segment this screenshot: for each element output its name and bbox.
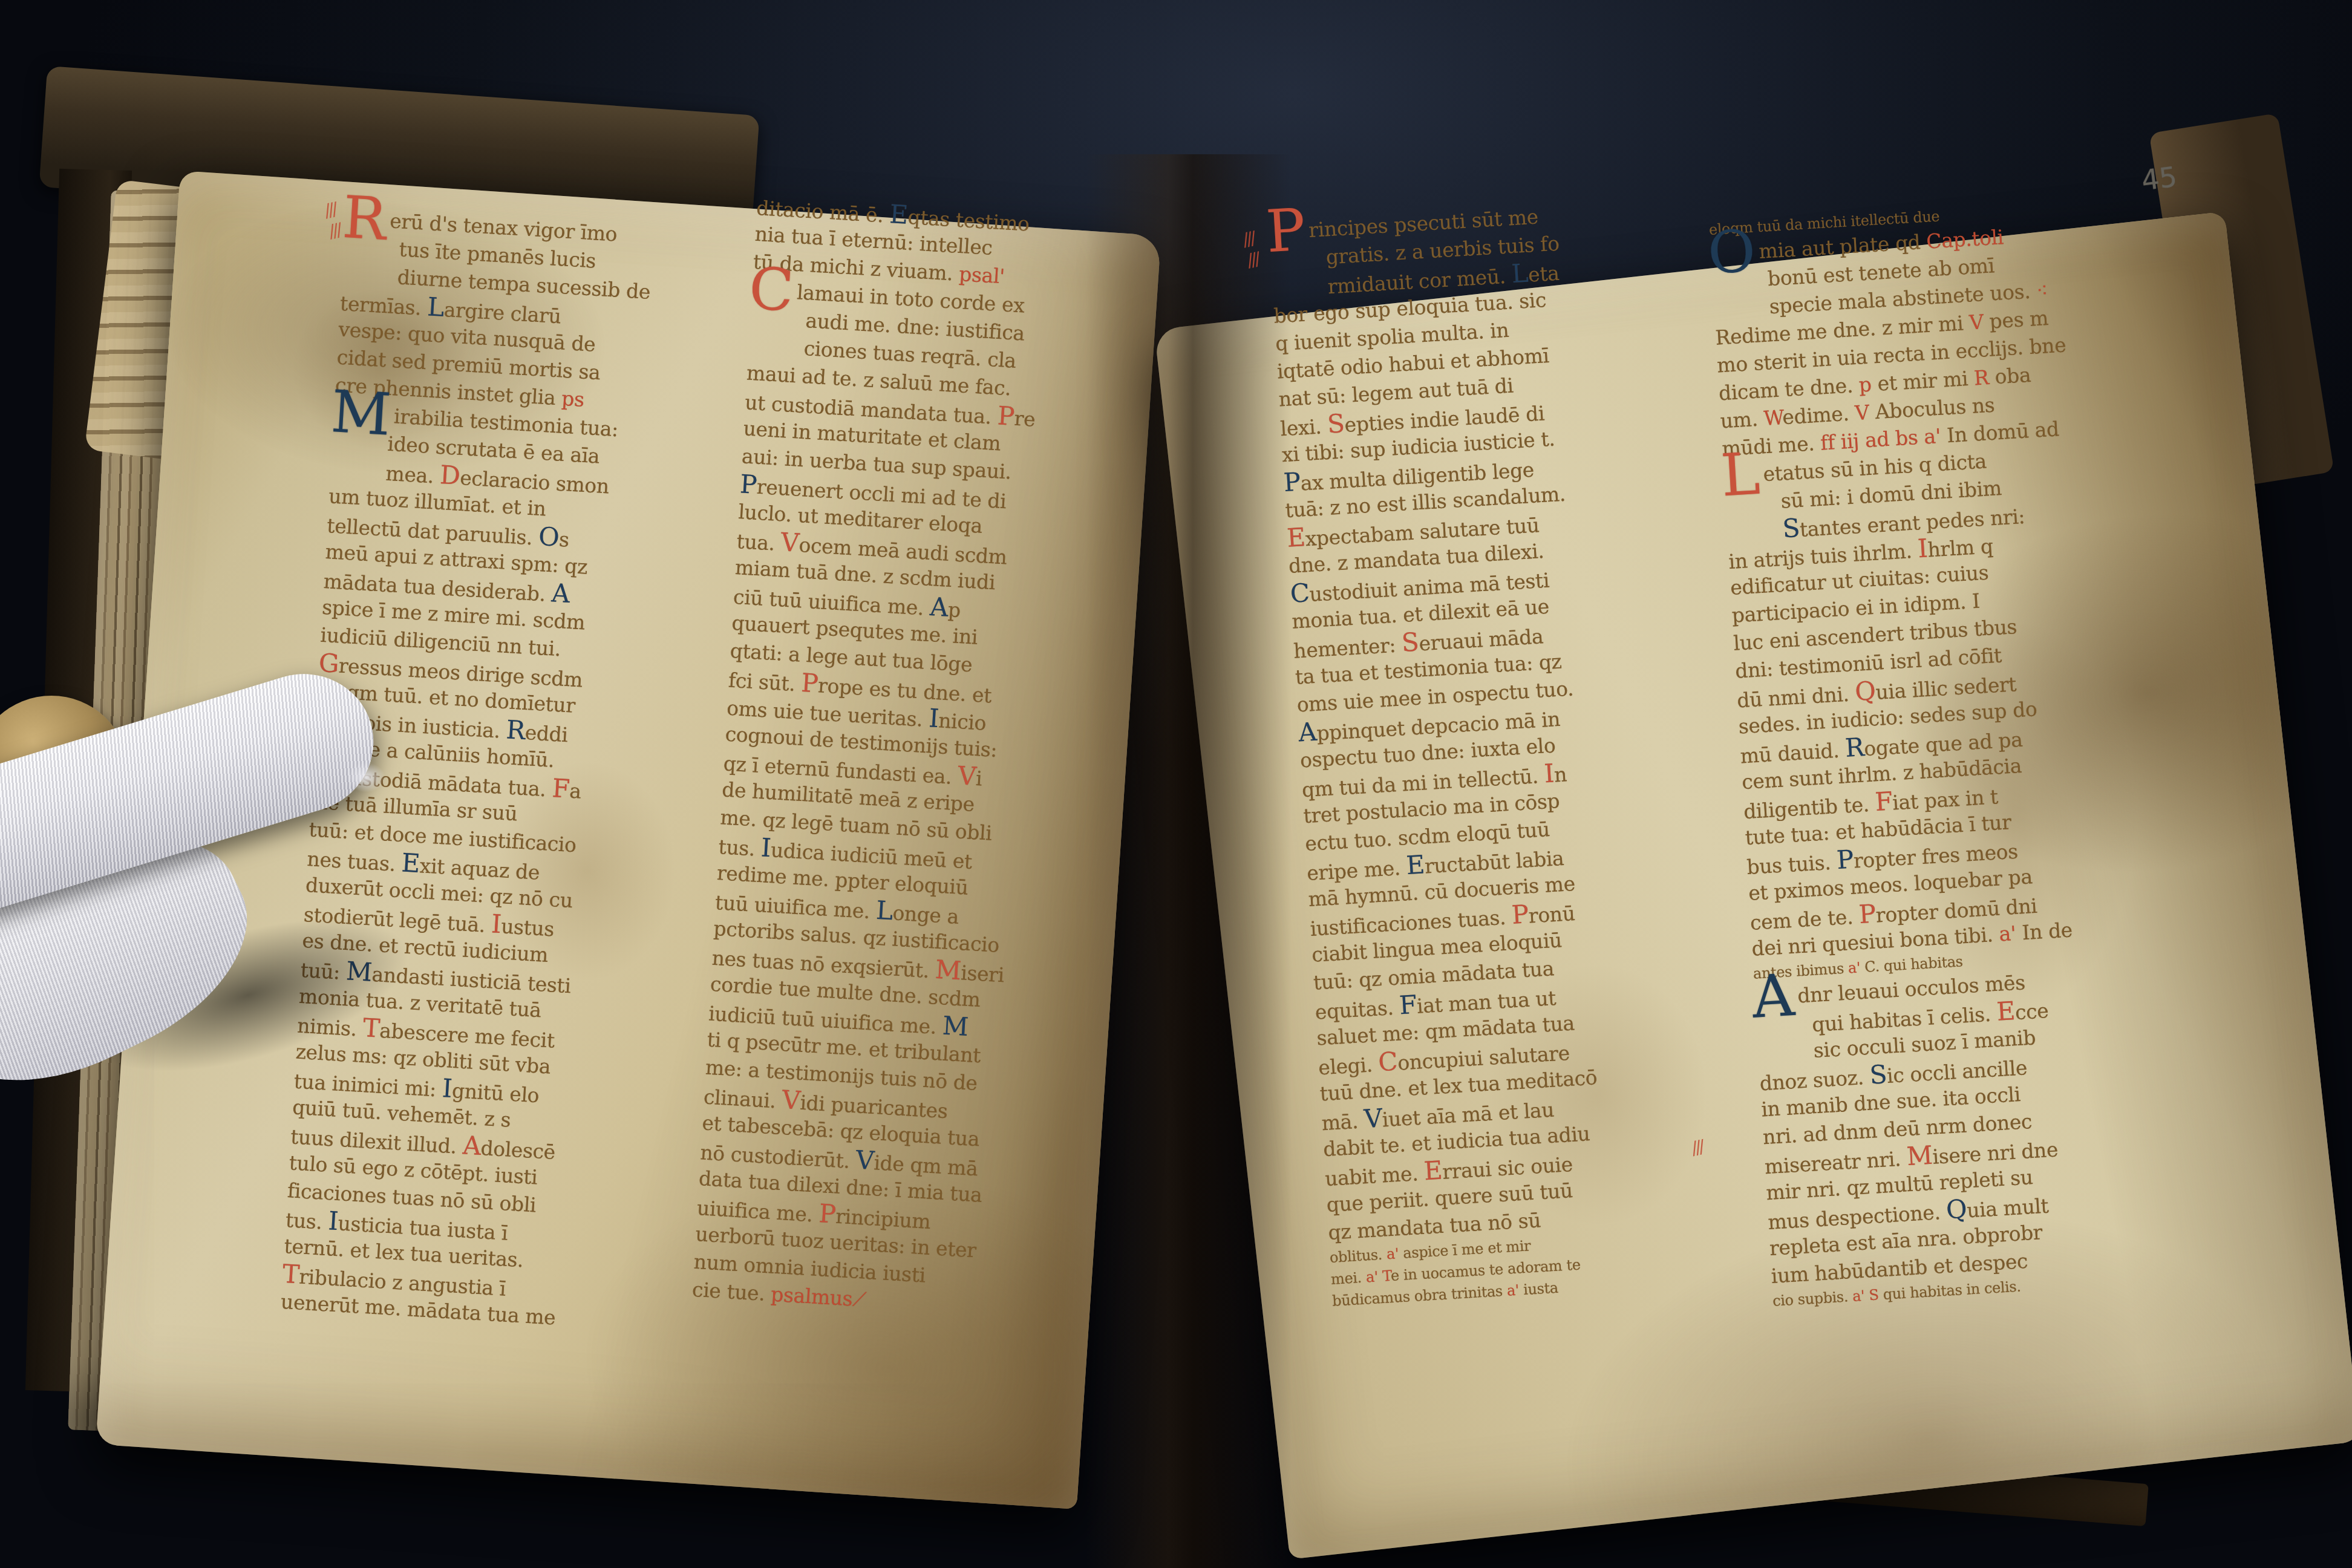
text-segment: cie tue. bbox=[691, 1278, 772, 1306]
text-segment: M bbox=[1906, 1140, 1933, 1171]
text-segment: mea. bbox=[385, 462, 441, 488]
manuscript-photo: Rerū d's tenax vigor īmotus īte pmanēs l… bbox=[0, 0, 2352, 1568]
illuminated-initial: P bbox=[1266, 229, 1305, 232]
text-segment: P bbox=[997, 400, 1016, 431]
text-segment: a' bbox=[1847, 959, 1861, 976]
text-segment: i bbox=[975, 766, 982, 791]
text-segment: tus. bbox=[718, 835, 762, 861]
text-segment: P bbox=[1858, 899, 1877, 930]
text-segment: O bbox=[538, 521, 560, 552]
text-segment: um. bbox=[1720, 407, 1765, 433]
text-segment: D bbox=[439, 460, 461, 491]
text-segment: edime. bbox=[1782, 401, 1855, 429]
text-segment: W bbox=[1763, 405, 1783, 430]
text-segment: ronū bbox=[1528, 901, 1576, 927]
text-segment: R bbox=[1844, 732, 1865, 763]
margin-hatch-mark: ////// bbox=[1241, 228, 1260, 272]
illuminated-initial: C bbox=[750, 288, 794, 290]
text-segment: oba bbox=[1988, 363, 2031, 389]
text-segment: G bbox=[318, 648, 340, 679]
text-segment: psalmus⟋ bbox=[770, 1282, 867, 1312]
text-segment: elegi. bbox=[1318, 1053, 1379, 1080]
text-segment: ff iij ad bs a' bbox=[1820, 424, 1941, 455]
text-segment: s bbox=[558, 528, 570, 552]
text-segment: A bbox=[462, 1130, 482, 1161]
text-segment: R bbox=[506, 714, 526, 745]
text-segment: E bbox=[1423, 1155, 1443, 1186]
illuminated-initial: R bbox=[343, 217, 387, 220]
text-segment: a bbox=[569, 779, 582, 803]
text-segment: tus. bbox=[285, 1208, 329, 1234]
text-segment: tua. bbox=[736, 529, 782, 555]
text-segment: R bbox=[1973, 365, 1990, 390]
text-segment: mā. bbox=[1321, 1109, 1365, 1135]
text-segment: Cap.toli bbox=[1926, 225, 2004, 253]
text-segment: et mir mi bbox=[1870, 366, 1975, 396]
text-segment: P bbox=[739, 469, 758, 500]
text-segment: V bbox=[780, 527, 800, 558]
text-column-left-2: ditacio mā ē. Eqtas testimonia tua ī ete… bbox=[691, 192, 1168, 1328]
text-segment: C. qui habitas bbox=[1860, 953, 1963, 976]
text-segment: F bbox=[1399, 990, 1418, 1021]
text-segment: V bbox=[1363, 1103, 1383, 1134]
text-segment: iseri bbox=[960, 961, 1005, 987]
text-segment: P bbox=[1511, 900, 1529, 930]
text-segment: ⁖ bbox=[2036, 278, 2048, 302]
text-segment: L bbox=[875, 895, 893, 926]
text-segment: oblitus. bbox=[1329, 1246, 1387, 1266]
text-segment: F bbox=[551, 773, 570, 804]
text-segment: T bbox=[282, 1259, 300, 1290]
text-segment: S bbox=[1401, 627, 1420, 658]
folio-number: 45 bbox=[2140, 160, 2179, 197]
text-segment: M bbox=[935, 955, 962, 985]
text-segment: cio supbis. bbox=[1772, 1288, 1853, 1310]
text-segment: pes m bbox=[1982, 306, 2049, 333]
text-segment: p bbox=[947, 598, 961, 622]
text-segment: lexi. bbox=[1279, 414, 1328, 441]
illuminated-initial: O bbox=[1708, 250, 1755, 253]
text-segment: L bbox=[426, 292, 445, 322]
text-segment: E bbox=[889, 199, 909, 230]
text-segment: M bbox=[942, 1011, 969, 1042]
text-segment: cce bbox=[2014, 999, 2050, 1024]
text-segment: ps bbox=[561, 387, 585, 411]
text-segment: C bbox=[1377, 1047, 1399, 1077]
glove-fuzz bbox=[339, 756, 393, 799]
text-segment: a' bbox=[1506, 1282, 1520, 1299]
text-segment: Q bbox=[1854, 676, 1877, 707]
text-segment: V bbox=[1854, 400, 1870, 425]
text-segment: A bbox=[929, 592, 949, 622]
text-segment: Aboculus ns bbox=[1869, 393, 1996, 424]
text-segment: E bbox=[1996, 996, 2016, 1027]
text-segment: mei. bbox=[1330, 1269, 1366, 1287]
text-segment: p bbox=[1858, 373, 1872, 397]
text-segment: E bbox=[1405, 850, 1425, 881]
text-segment: E bbox=[1286, 522, 1306, 553]
text-column-right-2: eloqm tuū da michi itellectū dueOmia aut… bbox=[1708, 194, 2196, 1312]
text-segment: A bbox=[551, 578, 571, 609]
text-segment: P bbox=[818, 1198, 837, 1229]
text-segment: iusta bbox=[1518, 1279, 1558, 1299]
text-segment: C bbox=[1289, 578, 1310, 609]
text-segment: psal' bbox=[958, 262, 1005, 288]
text-segment: hrlm q bbox=[1927, 534, 1993, 561]
text-segment: S bbox=[1869, 1059, 1887, 1090]
text-segment: onge a bbox=[892, 901, 959, 928]
illuminated-initial: A bbox=[1752, 995, 1794, 998]
text-segment: F bbox=[1874, 786, 1893, 817]
text-column-right-1: Principes psecuti sūt megratis. z a uerb… bbox=[1268, 194, 1756, 1312]
text-segment: S bbox=[1327, 408, 1345, 439]
text-segment: dolescē bbox=[480, 1136, 556, 1164]
text-segment: a' T bbox=[1365, 1267, 1391, 1285]
text-segment: nicio bbox=[938, 708, 987, 735]
text-segment: fci sūt. bbox=[728, 668, 802, 696]
text-segment: P bbox=[800, 668, 819, 699]
text-segment: L bbox=[1511, 258, 1529, 289]
illuminated-initial: M bbox=[332, 411, 391, 415]
illuminated-initial: L bbox=[1721, 474, 1759, 476]
text-segment: V bbox=[855, 1145, 875, 1176]
text-segment: clinaui. bbox=[703, 1085, 783, 1113]
text-segment: eddi bbox=[524, 720, 569, 746]
text-segment: V bbox=[781, 1085, 801, 1116]
text-segment: In domū ad bbox=[1940, 417, 2060, 448]
text-segment: V bbox=[1968, 310, 1984, 334]
text-segment: equitas. bbox=[1315, 995, 1400, 1024]
text-segment: eta bbox=[1527, 261, 1560, 287]
text-segment: n bbox=[1553, 762, 1567, 786]
text-segment: P bbox=[1836, 844, 1855, 875]
text-segment: a' bbox=[1998, 921, 2016, 946]
text-segment: re bbox=[1014, 407, 1036, 431]
text-segment: uia mult bbox=[1966, 1194, 2049, 1223]
text-segment: V bbox=[957, 760, 977, 791]
text-segment: a' bbox=[1386, 1245, 1399, 1263]
text-segment: ustus bbox=[500, 914, 555, 941]
text-segment: In de bbox=[2015, 918, 2073, 944]
text-segment: A bbox=[1298, 717, 1318, 748]
text-segment: a' S bbox=[1852, 1286, 1879, 1305]
text-segment: S bbox=[1782, 513, 1800, 544]
text-segment: P bbox=[1282, 467, 1301, 498]
text-segment: Q bbox=[1945, 1194, 1968, 1225]
